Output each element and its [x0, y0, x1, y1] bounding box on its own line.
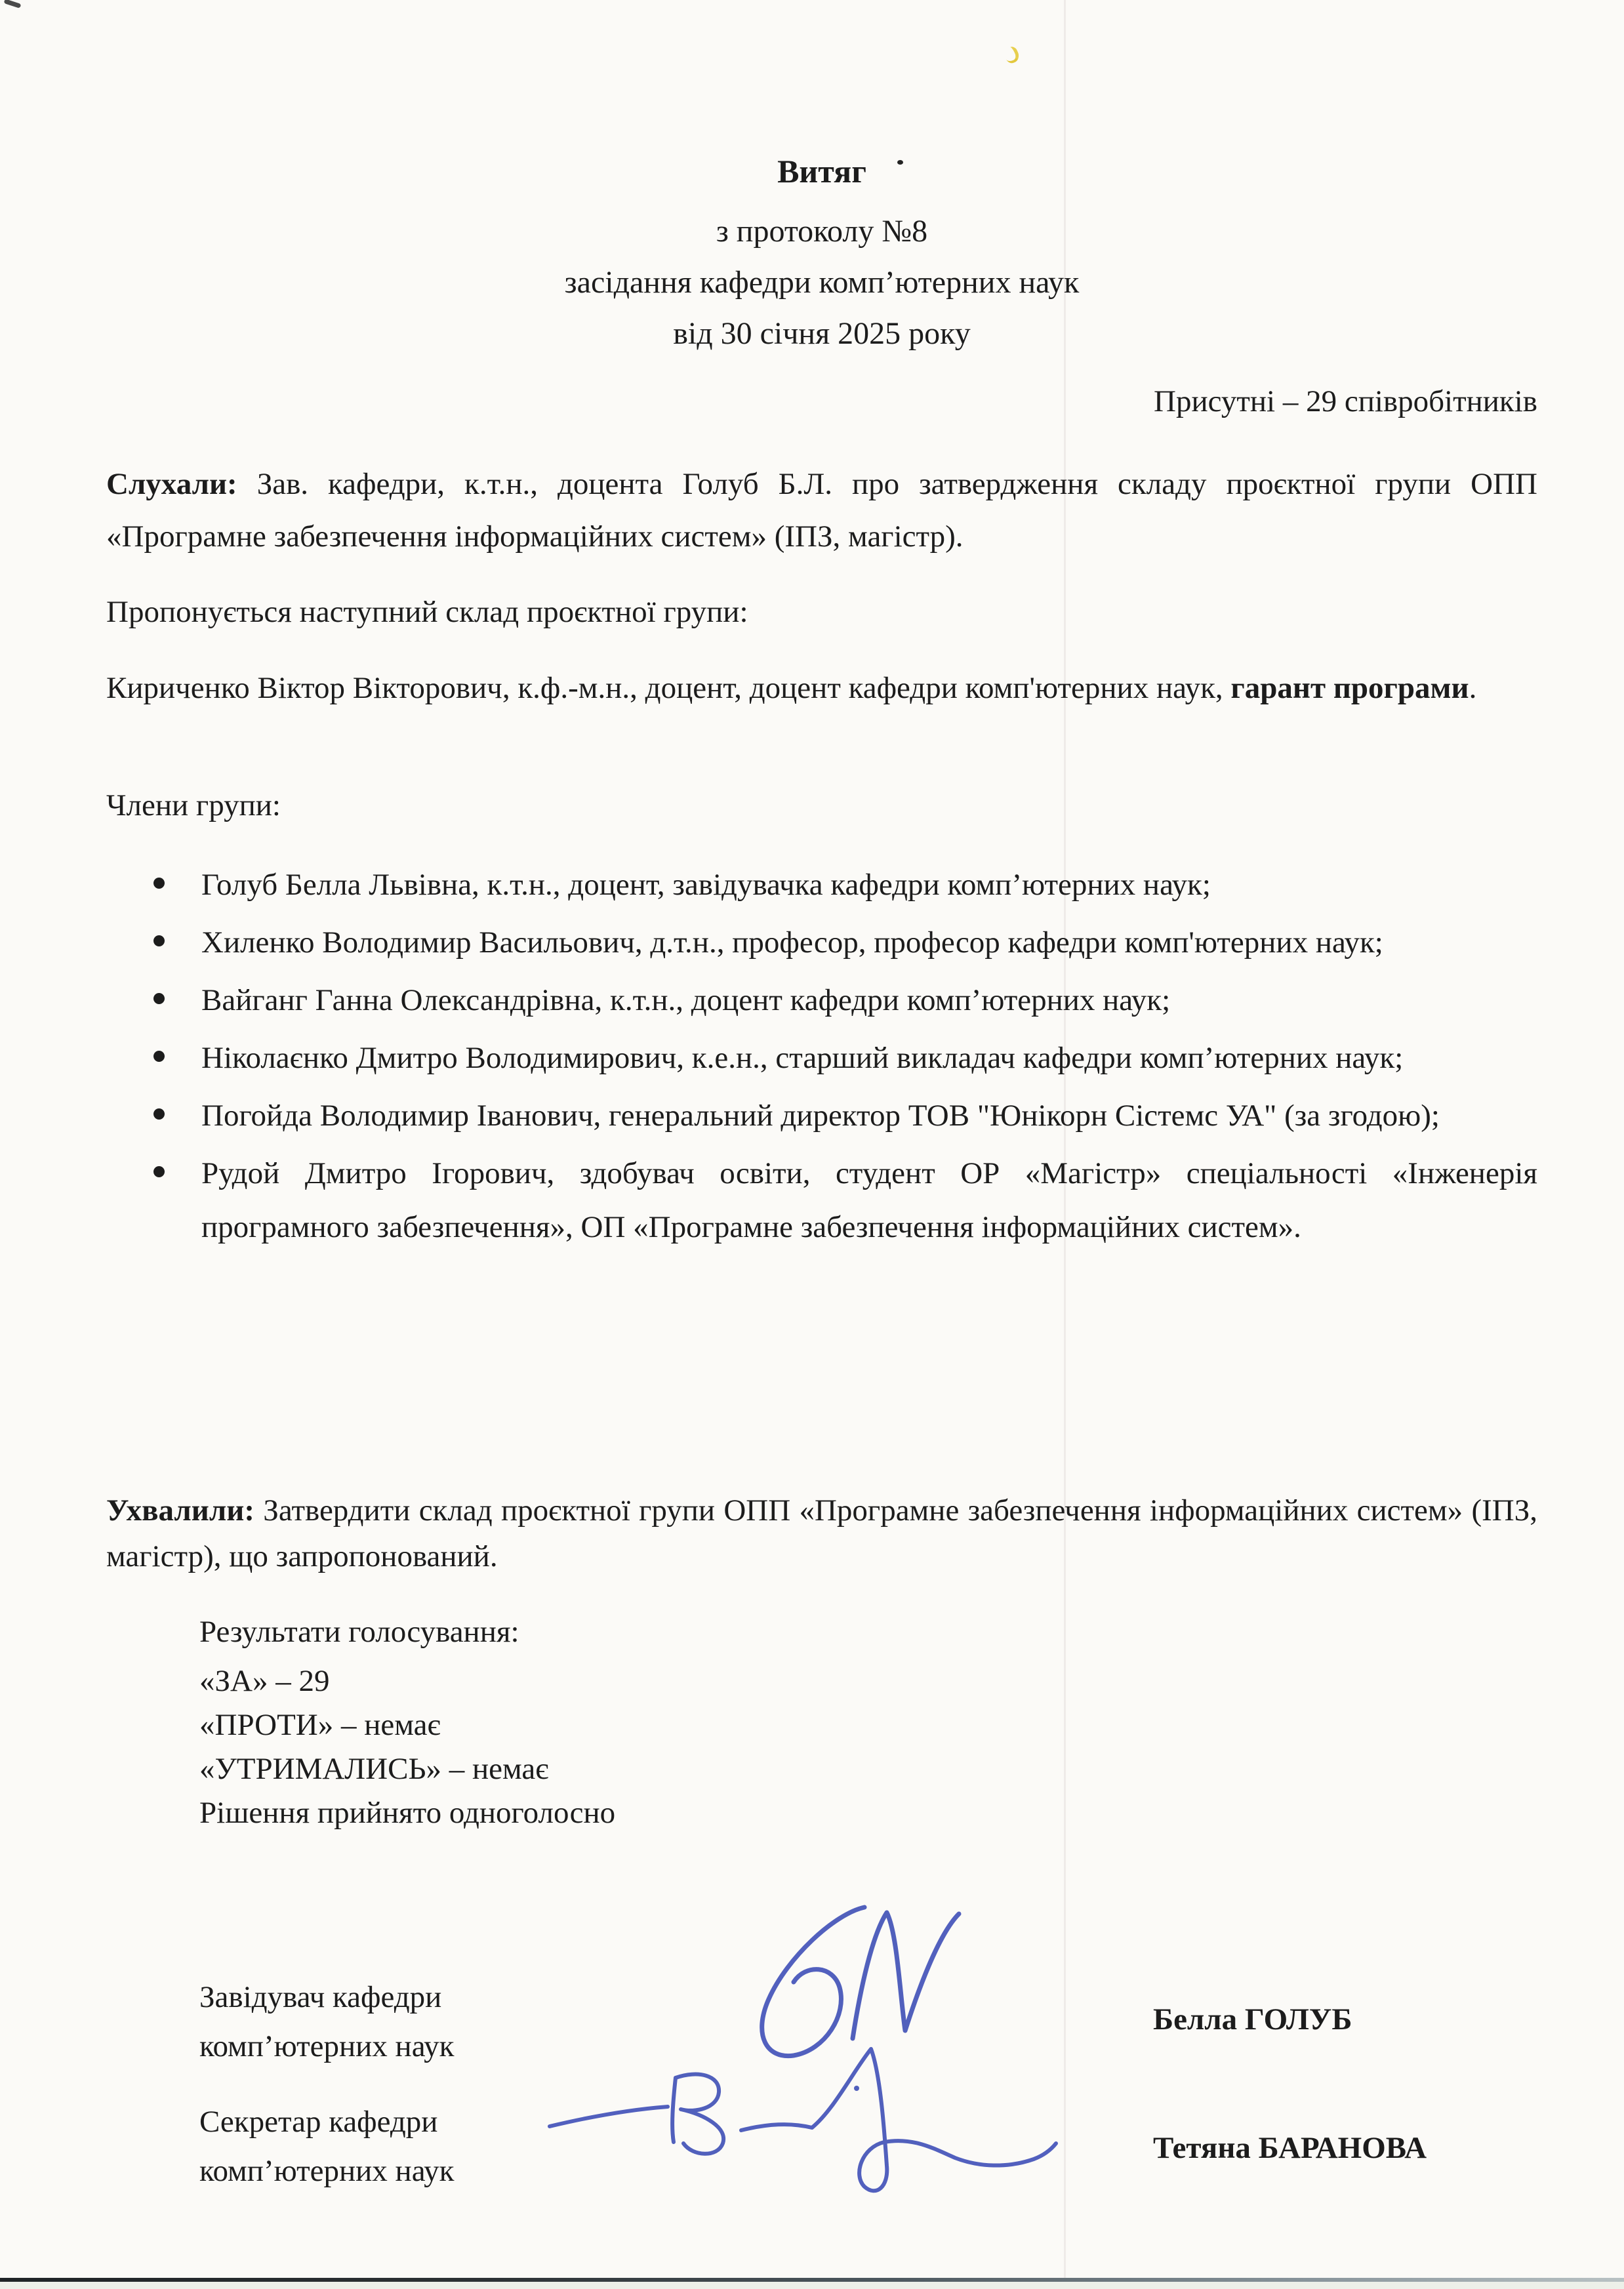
bullet-dot: [153, 1108, 165, 1120]
bullet-dot: [153, 935, 165, 946]
role-line: Секретар кафедри: [199, 2097, 455, 2147]
subtitle-date: від 30 січня 2025 року: [106, 308, 1537, 359]
role-line: Завідувач кафедри: [199, 1973, 455, 2022]
voting-heading: Результати голосування:: [199, 1610, 615, 1654]
bullet-dot: [153, 993, 165, 1004]
heard-paragraph: Слухали: Зав. кафедри, к.т.н., доцента Г…: [106, 458, 1537, 563]
resolved-text: Затвердити склад проєктної групи ОПП «Пр…: [106, 1493, 1537, 1573]
members-heading: Члени групи:: [106, 779, 1537, 832]
vote-against-line: «ПРОТИ» – немає: [199, 1703, 615, 1747]
role-line: комп’ютерних наук: [199, 2022, 455, 2071]
member-item: Ніколаєнко Дмитро Володимирович, к.е.н.,…: [106, 1031, 1537, 1085]
member-text: Погойда Володимир Іванович, генеральний …: [201, 1089, 1537, 1143]
member-item: Голуб Белла Львівна, к.т.н., доцент, зав…: [106, 858, 1537, 912]
members-list: Голуб Белла Львівна, к.т.н., доцент, зав…: [106, 858, 1537, 1258]
signature-golub: [762, 1907, 959, 2056]
voting-results-block: Результати голосування: «ЗА» – 29 «ПРОТИ…: [199, 1610, 615, 1835]
member-item: Хиленко Володимир Васильович, д.т.н., пр…: [106, 916, 1537, 969]
corner-scan-speck: [4, 0, 22, 9]
member-text: Рудой Дмитро Ігорович, здобувач освіти, …: [201, 1146, 1537, 1254]
scanned-document-page: Витяг з протоколу №8 засідання кафедри к…: [0, 0, 1624, 2289]
bullet-dot: [153, 1051, 165, 1062]
signer-name-baranova: Тетяна БАРАНОВА: [1153, 2130, 1427, 2166]
title-block: Витяг з протоколу №8 засідання кафедри к…: [106, 146, 1537, 359]
member-text: Ніколаєнко Дмитро Володимирович, к.е.н.,…: [201, 1031, 1537, 1085]
vote-abstained-line: «УТРИМАЛИСЬ» – немає: [199, 1747, 615, 1791]
guarantor-text: Кириченко Віктор Вікторович, к.ф.-м.н., …: [106, 671, 1230, 705]
role-secretary: Секретар кафедри комп’ютерних наук: [199, 2097, 455, 2196]
member-text: Вайганг Ганна Олександрівна, к.т.н., доц…: [201, 973, 1537, 1027]
resolved-label: Ухвалили:: [106, 1493, 254, 1528]
yellow-ink-speck: [1002, 45, 1021, 66]
member-item: Погойда Володимир Іванович, генеральний …: [106, 1089, 1537, 1143]
subtitle-meeting: засідання кафедри комп’ютерних наук: [106, 257, 1537, 308]
role-line: комп’ютерних наук: [199, 2147, 455, 2196]
bullet-dot: [153, 878, 165, 889]
decision-line: Рішення прийнято одноголосно: [199, 1791, 615, 1835]
member-text: Голуб Белла Львівна, к.т.н., доцент, зав…: [201, 858, 1537, 912]
signer-name-golub: Белла ГОЛУБ: [1153, 2002, 1352, 2037]
guarantor-period: .: [1469, 671, 1477, 705]
subtitle-protocol-number: з протоколу №8: [106, 206, 1537, 257]
heard-text: Зав. кафедри, к.т.н., доцента Голуб Б.Л.…: [106, 467, 1537, 554]
guarantor-paragraph: Кириченко Віктор Вікторович, к.ф.-м.н., …: [106, 661, 1537, 715]
member-text: Хиленко Володимир Васильович, д.т.н., пр…: [201, 916, 1537, 969]
scanner-edge-band: [0, 2282, 1624, 2289]
signature-baranova: [550, 2049, 1056, 2191]
attendance-line: Присутні – 29 співробітників: [1154, 384, 1537, 419]
document-title: Витяг: [106, 146, 1537, 197]
role-head-of-department: Завідувач кафедри комп’ютерних наук: [199, 1973, 455, 2071]
member-item: Рудой Дмитро Ігорович, здобувач освіти, …: [106, 1146, 1537, 1254]
bullet-dot: [153, 1166, 165, 1177]
proposal-intro: Пропонується наступний склад проєктної г…: [106, 586, 1537, 638]
resolved-paragraph: Ухвалили: Затвердити склад проєктної гру…: [106, 1488, 1537, 1579]
guarantor-bold: гарант програми: [1230, 671, 1469, 705]
vote-for-line: «ЗА» – 29: [199, 1659, 615, 1703]
member-item: Вайганг Ганна Олександрівна, к.т.н., доц…: [106, 973, 1537, 1027]
heard-label: Слухали:: [106, 467, 237, 501]
